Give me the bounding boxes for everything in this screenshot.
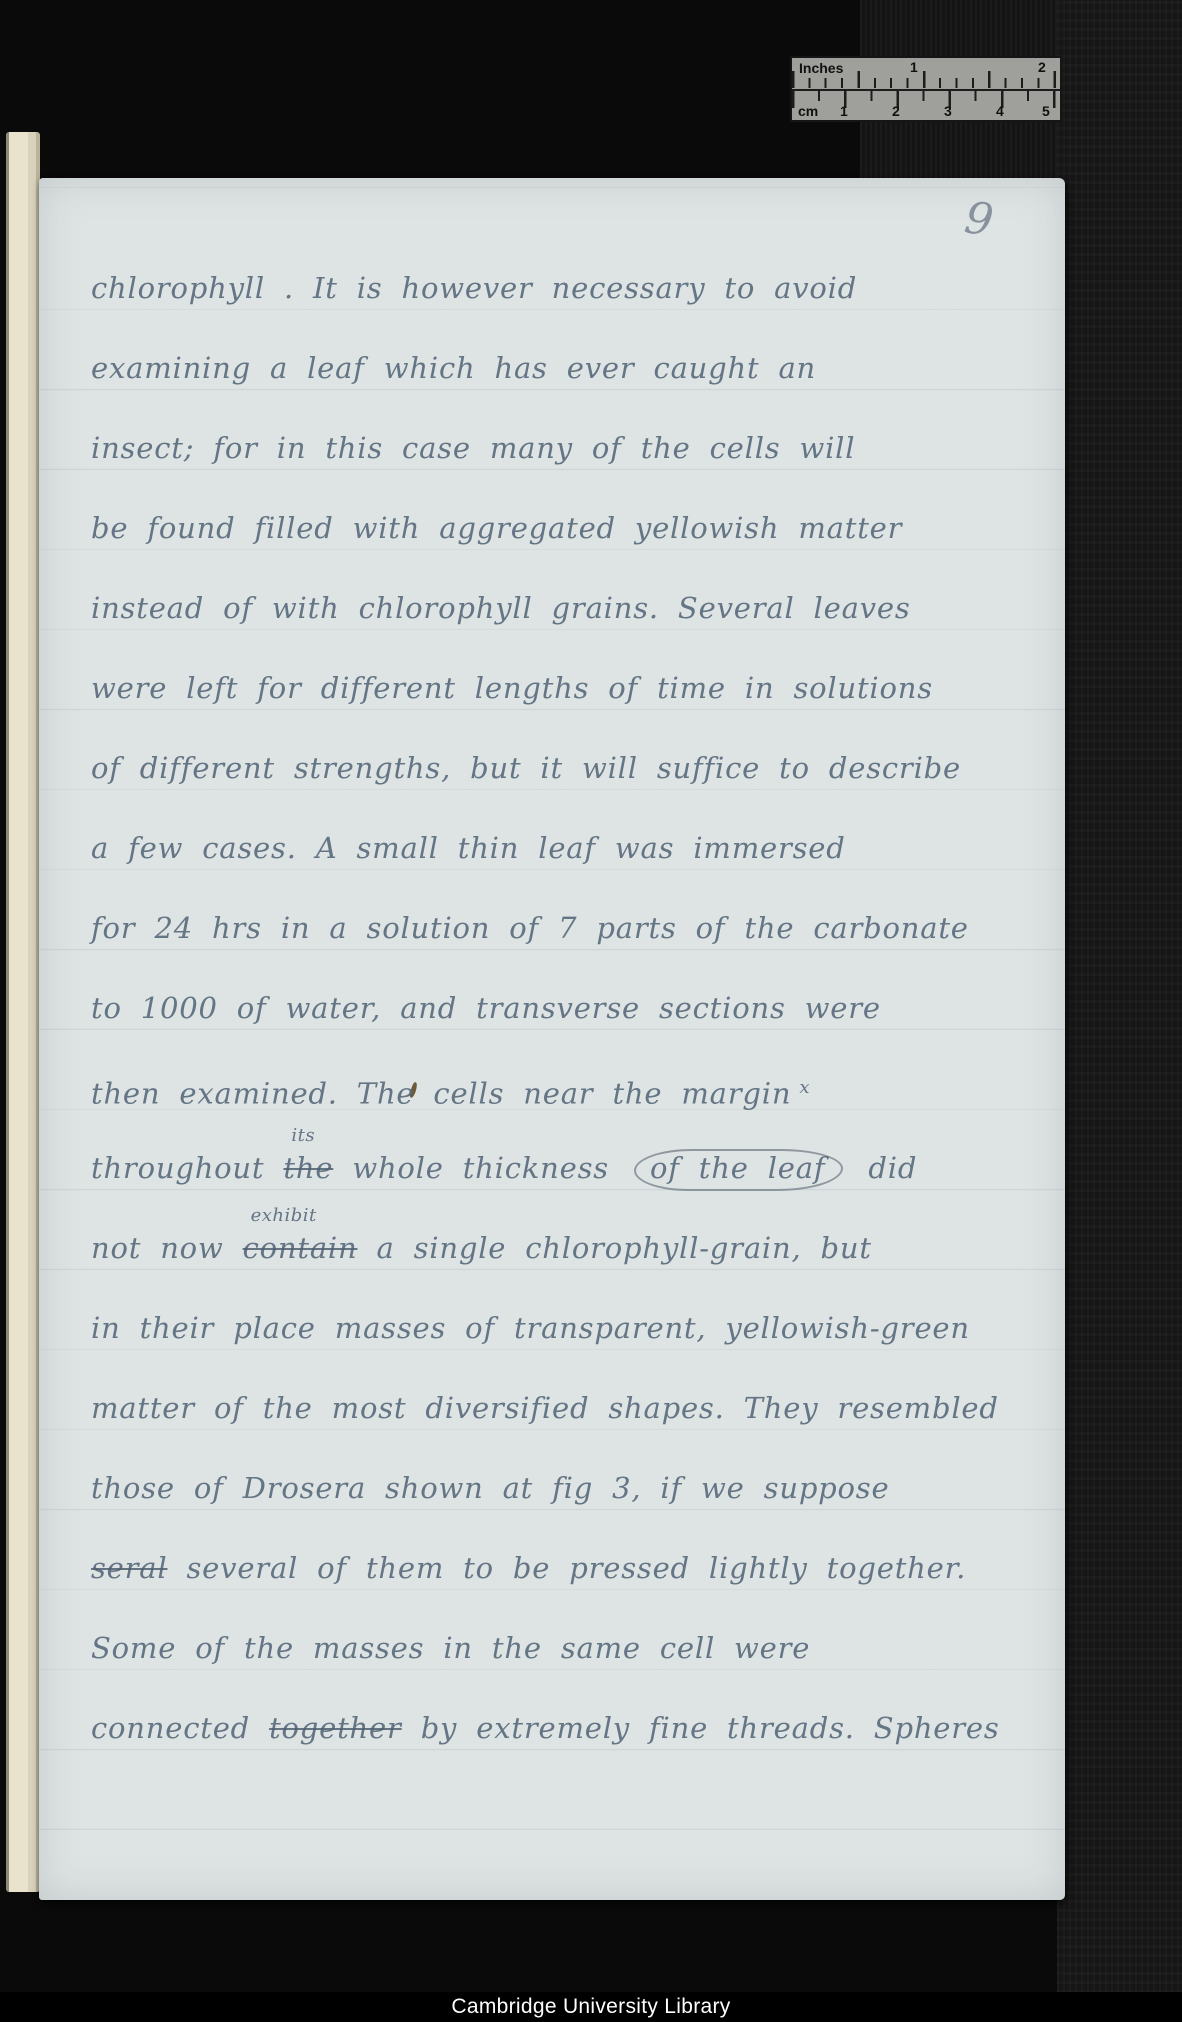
fabric-backdrop-right <box>1057 0 1182 1993</box>
struck-word: contain <box>243 1231 358 1265</box>
manuscript-line: for 24 hrs in a solution of 7 parts of t… <box>91 890 1051 970</box>
book-page-edges <box>6 132 40 1892</box>
manuscript-line: those of Drosera shown at fig 3, if we s… <box>91 1450 1051 1530</box>
caption-text: Cambridge University Library <box>451 1995 730 2019</box>
manuscript-line: then examined. The cells near the margin… <box>91 1050 1051 1130</box>
manuscript-line: connected together by extremely fine thr… <box>91 1690 1051 1770</box>
manuscript-line: examining a leaf which has ever caught a… <box>91 330 1051 410</box>
page-number: 9 <box>962 192 997 246</box>
manuscript-line: throughout itsthe whole thickness of the… <box>91 1130 1051 1210</box>
ruler-cm-label: cm <box>798 103 818 119</box>
struck-word: seral <box>91 1551 167 1585</box>
ruler-cm-number: 5 <box>1042 103 1050 119</box>
inserted-word: its <box>291 1125 315 1146</box>
struck-word: together <box>269 1711 402 1745</box>
ruler-cm-number: 2 <box>892 103 900 119</box>
ruler-cm-number: 1 <box>840 103 848 119</box>
manuscript-text: chlorophyll . It is however necessary to… <box>91 250 1051 1770</box>
manuscript-line: insect; for in this case many of the cel… <box>91 410 1051 490</box>
manuscript-line: of different strengths, but it will suff… <box>91 730 1051 810</box>
manuscript-line: in their place masses of transparent, ye… <box>91 1290 1051 1370</box>
manuscript-line: were left for different lengths of time … <box>91 650 1051 730</box>
manuscript-line: not now exhibitcontain a single chloroph… <box>91 1210 1051 1290</box>
manuscript-line: matter of the most diversified shapes. T… <box>91 1370 1051 1450</box>
ruler-cm-ticks-big <box>792 91 1060 108</box>
manuscript-line: a few cases. A small thin leaf was immer… <box>91 810 1051 890</box>
manuscript-line: instead of with chlorophyll grains. Seve… <box>91 570 1051 650</box>
ruler-cm-number: 3 <box>944 103 952 119</box>
struck-word: the <box>283 1151 333 1185</box>
ruler-inch-number: 1 <box>910 59 918 75</box>
inserted-word: exhibit <box>251 1205 317 1226</box>
photograph-background: Inches cm 12 12345 9 chlorophyll . It is… <box>0 0 1182 2022</box>
measurement-ruler: Inches cm 12 12345 <box>790 56 1062 122</box>
insertion-mark: x <box>799 1077 810 1098</box>
manuscript-line: Some of the masses in the same cell were <box>91 1610 1051 1690</box>
ruler-cm-number: 4 <box>996 103 1004 119</box>
manuscript-line: chlorophyll . It is however necessary to… <box>91 250 1051 330</box>
ruler-inch-number: 2 <box>1038 59 1046 75</box>
manuscript-line: seral several of them to be pressed ligh… <box>91 1530 1051 1610</box>
ruler-inch-ticks-big <box>792 71 1060 88</box>
circled-phrase: of the leaf <box>634 1149 843 1191</box>
manuscript-line: be found filled with aggregated yellowis… <box>91 490 1051 570</box>
manuscript-page: 9 chlorophyll . It is however necessary … <box>39 178 1065 1900</box>
caption-bar: Cambridge University Library <box>0 1992 1182 2022</box>
manuscript-line: to 1000 of water, and transverse section… <box>91 970 1051 1050</box>
